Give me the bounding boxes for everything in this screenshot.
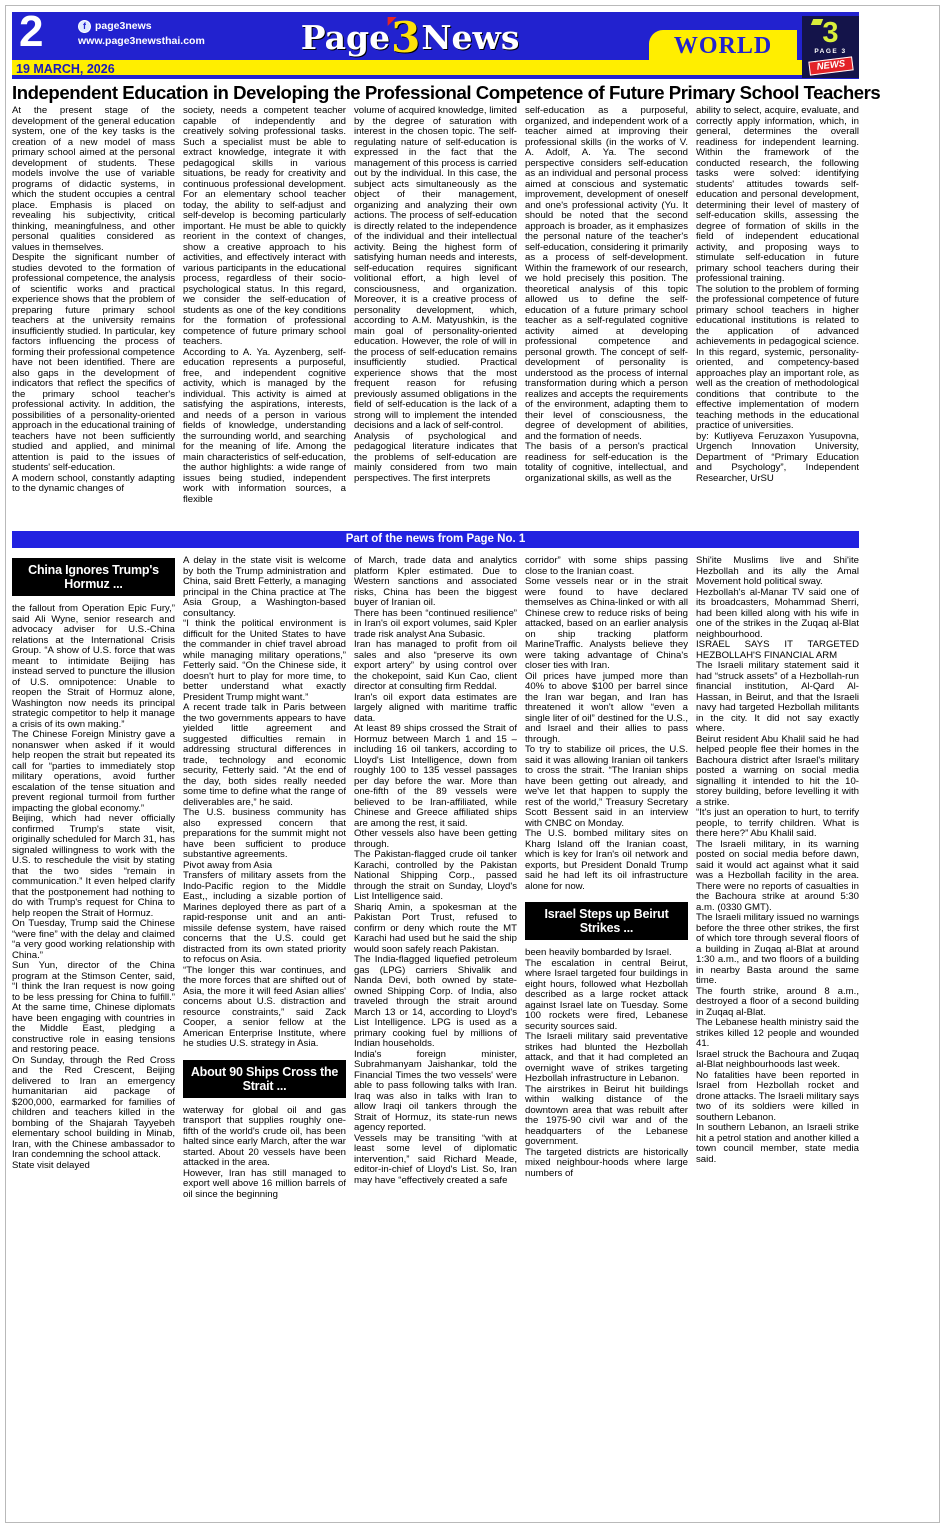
paragraph: The fourth strike, around 8 a.m., destro… [696,987,859,1019]
paragraph: The Israeli military statement said it h… [696,661,859,735]
paragraph: A recent trade talk in Paris between the… [183,703,346,808]
issue-date: 19 MARCH, 2026 [12,62,115,77]
news-column-3: of March, trade data and analytics platf… [354,556,517,1464]
article-headline: About 90 Ships Cross the Strait ... [183,1060,346,1098]
main-article-column-2: society, needs a competent teacher capab… [183,106,346,523]
paragraph: No fatalities have been reported in Isra… [696,1071,859,1124]
paragraph: volume of acquired knowledge, limited by… [354,106,517,432]
paragraph: Transfers of military assets from the In… [183,871,346,966]
paragraph: There has been “continued resilience” in… [354,609,517,641]
page-number: 2 [19,8,43,56]
paragraph: corridor” with some ships passing close … [525,556,688,577]
paragraph: Shariq Amin, a spokesman at the Pakistan… [354,903,517,956]
main-headline: Independent Education in Developing the … [12,82,859,104]
paragraph: Some vessels near or in the strait were … [525,577,688,672]
paragraph: “The longer this war continues, and the … [183,966,346,1050]
paragraph: At least 89 ships crossed the Strait of … [354,724,517,829]
masthead-part1: Page [301,18,390,57]
paragraph: On Sunday, through the Red Cross and the… [12,1056,175,1161]
paragraph: Hezbollah's al-Manar TV said one of its … [696,588,859,641]
paragraph: A delay in the state visit is welcome by… [183,556,346,619]
paragraph: Beirut resident Abu Khalil said he had h… [696,735,859,809]
paragraph: On Tuesday, Trump said the Chinese “were… [12,919,175,961]
logo-label: PAGE 3 [802,48,859,56]
social-handle: page3news [95,19,152,34]
paragraph: the fallout from Operation Epic Fury,” s… [12,604,175,730]
paragraph: The Israeli military said preventative s… [525,1032,688,1085]
paragraph: State visit delayed [12,1161,175,1172]
paragraph: Sun Yun, director of the China program a… [12,961,175,1056]
paragraph: Vessels may be transiting “with at least… [354,1134,517,1187]
paragraph: The targeted districts are historically … [525,1148,688,1180]
paragraph: Other vessels also have been getting thr… [354,829,517,850]
logo-news-banner: NEWS [808,56,853,75]
news-column-5: Shi'ite Muslims live and Shi'ite Hezboll… [696,556,859,1464]
paragraph: The basis of a person's practical readin… [525,442,688,484]
paragraph: To try to stabilize oil prices, the U.S.… [525,745,688,829]
article-headline: China Ignores Trump's Hormuz ... [12,558,175,596]
paragraph: Shi'ite Muslims live and Shi'ite Hezboll… [696,556,859,588]
paragraph: The Pakistan-flagged crude oil tanker Ka… [354,850,517,903]
paragraph: ability to select, acquire, evaluate, an… [696,106,859,285]
page3-logo: 3 PAGE 3 NEWS [802,16,859,78]
paragraph: Iran has managed to profit from oil sale… [354,640,517,693]
main-article-column-4: self-education as a purposeful, organize… [525,106,688,523]
paragraph: ISRAEL SAYS IT TARGETED HEZBOLLAH'S FINA… [696,640,859,661]
paragraph: waterway for global oil and gas transpor… [183,1106,346,1169]
paragraph: The airstrikes in Beirut hit buildings w… [525,1085,688,1148]
social-info: page3news www.page3newsthai.com [78,19,205,49]
paragraph: The Lebanese health ministry said the st… [696,1018,859,1050]
paragraph: According to A. Ya. Ayzenberg, self-educ… [183,348,346,506]
main-article: At the present stage of the development … [12,106,859,523]
paragraph: The U.S. bombed military sites on Kharg … [525,829,688,892]
newspaper-title: Page3News [301,13,520,60]
paragraph: A modern school, constantly adapting to … [12,474,175,495]
main-article-column-5: ability to select, acquire, evaluate, an… [696,106,859,523]
website-url: www.page3newsthai.com [78,34,205,49]
main-article-column-1: At the present stage of the development … [12,106,175,523]
paragraph: Israel struck the Bachoura and Zuqaq al-… [696,1050,859,1071]
paragraph: India's foreign minister, Subrahmanyam J… [354,1050,517,1134]
paragraph: Beijing, which had never officially conf… [12,814,175,919]
news-column-4: corridor” with some ships passing close … [525,556,688,1464]
paragraph: of March, trade data and analytics platf… [354,556,517,609]
section-divider: Part of the news from Page No. 1 [12,531,859,548]
paragraph: been heavily bombarded by Israel. [525,948,688,959]
section-label: WORLD [649,30,797,60]
masthead-banner: 2 page3news www.page3newsthai.com Page3N… [12,12,859,60]
paragraph: The Israeli military issued no warnings … [696,913,859,987]
paragraph: Despite the significant number of studie… [12,253,175,474]
paragraph: Oil prices have jumped more than 40% to … [525,672,688,746]
page-content: 2 page3news www.page3newsthai.com Page3N… [12,12,859,1464]
paragraph: The Israeli military, in its warning pos… [696,840,859,914]
news-section: China Ignores Trump's Hormuz ...the fall… [12,556,859,1464]
paragraph: The escalation in central Beirut, where … [525,959,688,1033]
paragraph: At the present stage of the development … [12,106,175,253]
paragraph: by: Kutliyeva Feruzaxon Yusupovna, Urgen… [696,432,859,485]
paragraph: “I think the political environment is di… [183,619,346,703]
paragraph: The U.S. business community has also exp… [183,808,346,861]
paragraph: “It's just an operation to hurt, to terr… [696,808,859,840]
date-bar: 19 MARCH, 2026 [12,60,859,79]
paragraph: Iran's oil export data estimates are lar… [354,693,517,725]
masthead-part2: News [421,18,519,57]
newspaper-page: 2 page3news www.page3newsthai.com Page3N… [5,5,940,1523]
news-column-2: A delay in the state visit is welcome by… [183,556,346,1464]
paragraph: The solution to the problem of forming t… [696,285,859,432]
news-column-1: China Ignores Trump's Hormuz ...the fall… [12,556,175,1464]
paragraph: In southern Lebanon, an Israeli strike h… [696,1123,859,1165]
facebook-icon [78,20,91,33]
paragraph: society, needs a competent teacher capab… [183,106,346,348]
main-article-column-3: volume of acquired knowledge, limited by… [354,106,517,523]
paragraph: self-education as a purposeful, organize… [525,106,688,442]
paragraph: The Chinese Foreign Ministry gave a nona… [12,730,175,814]
paragraph: Analysis of psychological and pedagogica… [354,432,517,485]
masthead-numeral: 3 [391,13,420,62]
article-headline: Israel Steps up Beirut Strikes ... [525,902,688,940]
paragraph: The India-flagged liquefied petroleum ga… [354,955,517,1050]
paragraph: However, Iran has still managed to expor… [183,1169,346,1201]
